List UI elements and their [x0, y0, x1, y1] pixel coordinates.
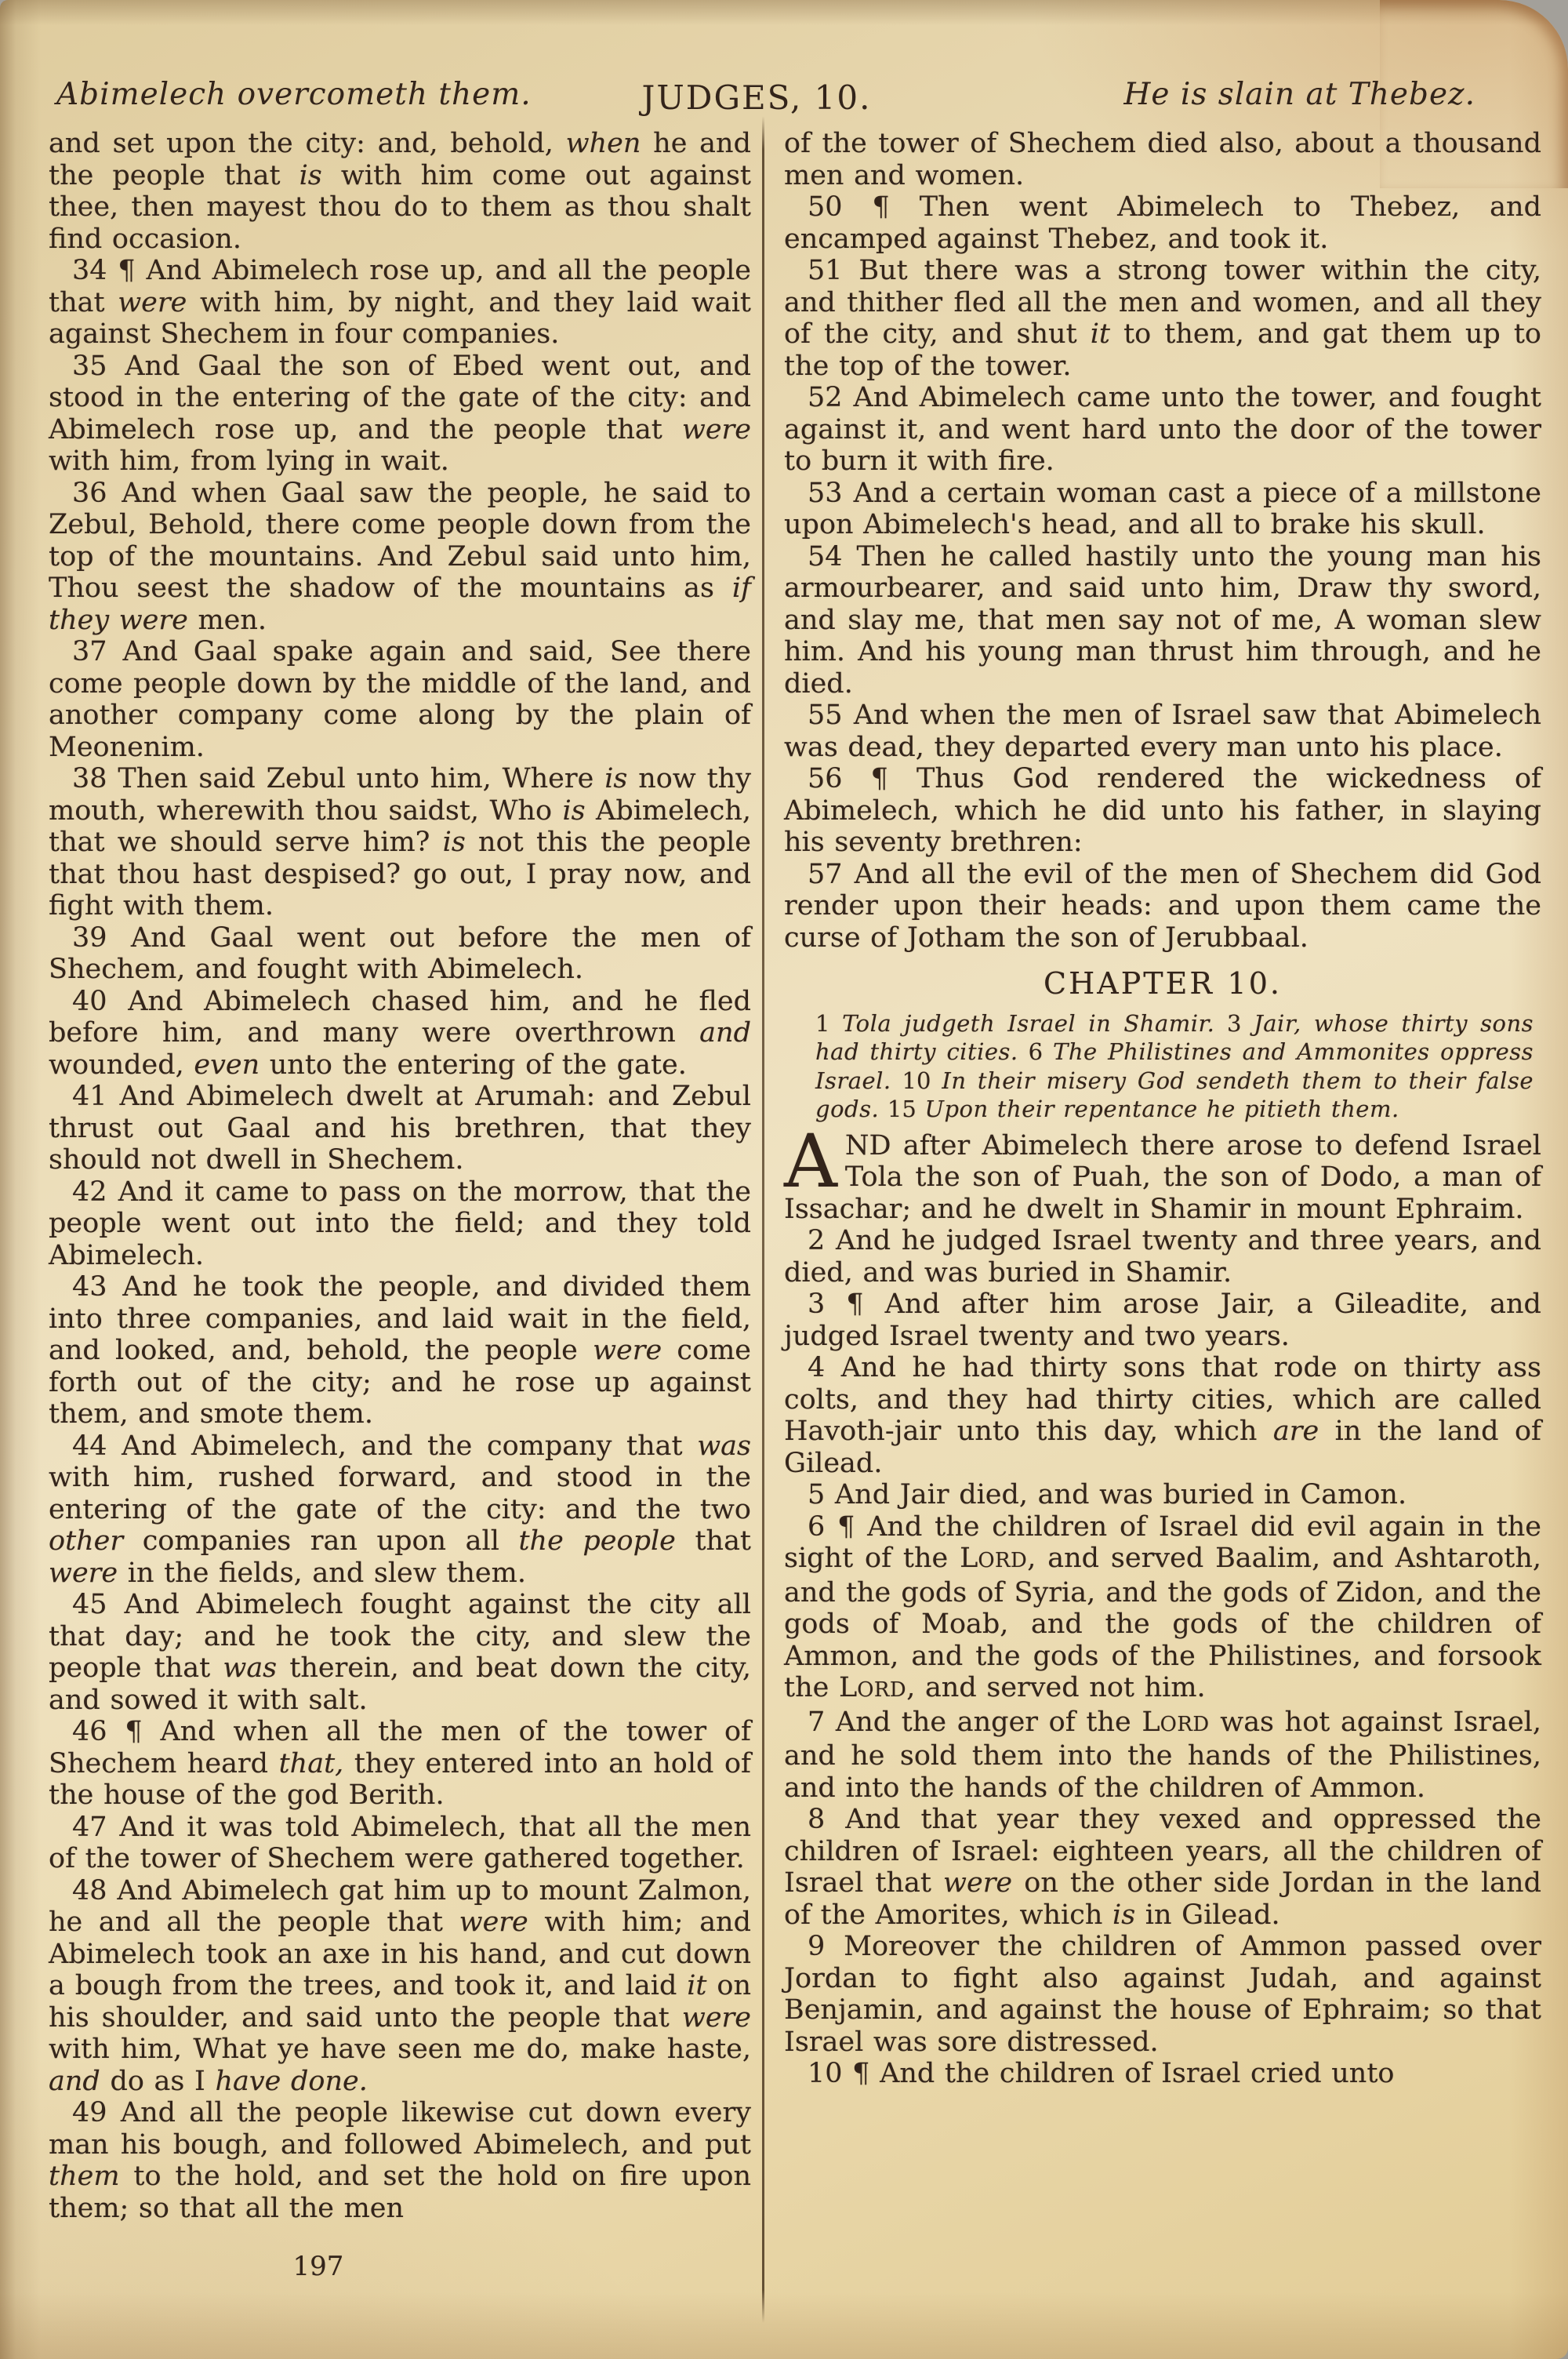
verse-continuation: and set upon the city: and, behold, when…	[49, 128, 751, 255]
verse-48: 48 And Abimelech gat him up to mount Zal…	[49, 1875, 751, 2098]
italic-supplied-word: were	[682, 414, 751, 445]
italic-supplied-word: was	[223, 1652, 277, 1684]
italic-supplied-word: is	[443, 827, 466, 858]
verse-number: 37	[72, 636, 123, 667]
italic-supplied-word: them	[49, 2161, 120, 2192]
verse-number: 39	[72, 922, 131, 954]
italic-supplied-word: were	[49, 1558, 118, 1589]
verse-number: 54	[808, 541, 856, 572]
verse-number: 35	[72, 351, 125, 382]
verse-number: 55	[808, 700, 854, 731]
drop-cap-letter: A	[784, 1130, 845, 1192]
italic-supplied-word: other	[49, 1525, 123, 1557]
verse-1: AND after Abimelech there arose to defen…	[784, 1130, 1541, 1226]
left-column: and set upon the city: and, behold, when…	[49, 128, 751, 2224]
italic-supplied-word: and	[49, 2066, 100, 2097]
right-column: of the tower of Shechem died also, about…	[784, 128, 1541, 2090]
verse-34: 34 ¶ And Abimelech rose up, and all the …	[49, 255, 751, 351]
italic-supplied-word: were	[682, 2002, 751, 2034]
chapter-summary: 1 Tola judgeth Israel in Shamir. 3 Jair,…	[815, 1009, 1534, 1124]
verse-number: 46	[72, 1716, 125, 1747]
verse-number: 34	[72, 255, 118, 286]
verse-3: 3 ¶ And after him arose Jair, a Gileadit…	[784, 1289, 1541, 1352]
verse-number: 3	[808, 1289, 846, 1320]
verse-number: 51	[808, 255, 858, 286]
verse-5: 5 And Jair died, and was buried in Camon…	[784, 1479, 1541, 1511]
verse-41: 41 And Abimelech dwelt at Arumah: and Ze…	[49, 1081, 751, 1176]
italic-supplied-word: is	[604, 763, 627, 794]
verse-number: 42	[72, 1176, 118, 1208]
running-header-center: JUDGES, 10.	[502, 78, 1011, 117]
small-caps-lord: ORD	[978, 1549, 1027, 1572]
verse-number: 49	[72, 2097, 121, 2128]
verse-57: 57 And all the evil of the men of Sheche…	[784, 859, 1541, 954]
verse-number: 4	[808, 1352, 841, 1383]
verse-6: 6 ¶ And the children of Israel did evil …	[784, 1511, 1541, 1707]
running-header-right: He is slain at Thebez.	[1123, 77, 1475, 112]
verse-number: 10	[808, 2058, 852, 2089]
italic-supplied-word: it	[1091, 318, 1110, 350]
verse-7: 7 And the anger of the LORD was hot agai…	[784, 1707, 1541, 1805]
verse-36: 36 And when Gaal saw the people, he said…	[49, 478, 751, 637]
verse-number: 9	[808, 1931, 844, 1962]
verse-number: 7	[808, 1707, 836, 1738]
verse-number: 8	[808, 1804, 845, 1835]
verse-number: 6	[808, 1511, 837, 1543]
small-caps-lord: ORD	[1160, 1713, 1210, 1736]
verse-44: 44 And Abimelech, and the company that w…	[49, 1430, 751, 1590]
verse-8: 8 And that year they vexed and oppressed…	[784, 1804, 1541, 1931]
verse-45: 45 And Abimelech fought against the city…	[49, 1589, 751, 1716]
verse-number: 36	[72, 478, 122, 509]
verse-50: 50 ¶ Then went Abimelech to Thebez, and …	[784, 191, 1541, 255]
verse-number: 43	[72, 1271, 122, 1303]
running-header: Abimelech overcometh them. JUDGES, 10. H…	[0, 0, 1568, 125]
verse-number: 38	[72, 763, 118, 794]
verse-10: 10 ¶ And the children of Israel cried un…	[784, 2058, 1541, 2090]
italic-supplied-word: when	[566, 128, 641, 159]
column-divider	[762, 116, 764, 2323]
italic-supplied-word: it	[687, 1970, 706, 2001]
verse-number: 47	[72, 1812, 119, 1843]
pilcrow-icon: ¶	[871, 763, 916, 794]
italic-supplied-word: and	[699, 1017, 751, 1049]
verse-4: 4 And he had thirty sons that rode on th…	[784, 1352, 1541, 1479]
italic-supplied-word: are	[1273, 1416, 1319, 1447]
italic-supplied-word: were	[459, 1906, 528, 1938]
verse-number: 45	[72, 1589, 125, 1620]
verse-40: 40 And Abimelech chased him, and he fled…	[49, 986, 751, 1081]
italic-supplied-word: the people	[518, 1525, 675, 1557]
italic-supplied-word: have done.	[215, 2066, 367, 2097]
verse-number: 52	[808, 382, 853, 413]
verse-49: 49 And all the people likewise cut down …	[49, 2097, 751, 2224]
italic-supplied-word: is	[1112, 1899, 1135, 1931]
verse-number: 5	[808, 1479, 835, 1510]
italic-supplied-word: is	[299, 160, 322, 191]
verse-37: 37 And Gaal spake again and said, See th…	[49, 636, 751, 763]
small-caps-lord: ORD	[857, 1678, 906, 1702]
italic-supplied-word: were	[118, 287, 187, 318]
verse-number: 56	[808, 763, 871, 794]
italic-supplied-word: Tola judgeth Israel in Shamir.	[842, 1010, 1214, 1037]
italic-supplied-word: that,	[279, 1748, 344, 1779]
verse-35: 35 And Gaal the son of Ebed went out, an…	[49, 351, 751, 478]
verse-number: 50	[808, 191, 873, 223]
verse-number: 48	[72, 1875, 117, 1906]
verse-53: 53 And a certain woman cast a piece of a…	[784, 478, 1541, 541]
verse-51: 51 But there was a strong tower within t…	[784, 255, 1541, 382]
verse-54: 54 Then he called hastily unto the young…	[784, 541, 1541, 700]
verse-47: 47 And it was told Abimelech, that all t…	[49, 1812, 751, 1875]
verse-number: 53	[808, 478, 854, 509]
italic-supplied-word: if they were	[49, 572, 751, 636]
page-number: 197	[263, 2251, 373, 2282]
italic-supplied-word: is	[562, 795, 585, 827]
verse-number: 41	[72, 1081, 119, 1112]
pilcrow-icon: ¶	[837, 1511, 867, 1543]
verse-52: 52 And Abimelech came unto the tower, an…	[784, 382, 1541, 478]
verse-number: 57	[808, 859, 855, 890]
chapter-heading: CHAPTER 10.	[784, 968, 1541, 1000]
verse-2: 2 And he judged Israel twenty and three …	[784, 1225, 1541, 1289]
verse-42: 42 And it came to pass on the morrow, th…	[49, 1176, 751, 1272]
verse-number: 2	[808, 1225, 836, 1256]
verse-number: 44	[72, 1430, 122, 1462]
pilcrow-icon: ¶	[873, 191, 920, 223]
verse-number: 40	[72, 986, 128, 1017]
bible-page-scan: Abimelech overcometh them. JUDGES, 10. H…	[0, 0, 1568, 2359]
verse-38: 38 Then said Zebul unto him, Where is no…	[49, 763, 751, 922]
running-header-left: Abimelech overcometh them.	[56, 77, 532, 112]
pilcrow-icon: ¶	[118, 255, 146, 286]
verse-46: 46 ¶ And when all the men of the tower o…	[49, 1716, 751, 1812]
italic-supplied-word: was	[697, 1430, 751, 1462]
pilcrow-icon: ¶	[125, 1716, 160, 1747]
verse-39: 39 And Gaal went out before the men of S…	[49, 922, 751, 986]
verse-9: 9 Moreover the children of Ammon passed …	[784, 1931, 1541, 2058]
verse-continuation: of the tower of Shechem died also, about…	[784, 128, 1541, 191]
pilcrow-icon: ¶	[852, 2058, 880, 2089]
verse-55: 55 And when the men of Israel saw that A…	[784, 700, 1541, 763]
verse-43: 43 And he took the people, and divided t…	[49, 1271, 751, 1430]
italic-supplied-word: Upon their repentance he pitieth them.	[925, 1096, 1399, 1122]
verse-56: 56 ¶ Thus God rendered the wickedness of…	[784, 763, 1541, 859]
italic-supplied-word: even	[194, 1049, 260, 1081]
pilcrow-icon: ¶	[846, 1289, 884, 1320]
italic-supplied-word: were	[943, 1867, 1012, 1899]
italic-supplied-word: were	[593, 1335, 662, 1366]
